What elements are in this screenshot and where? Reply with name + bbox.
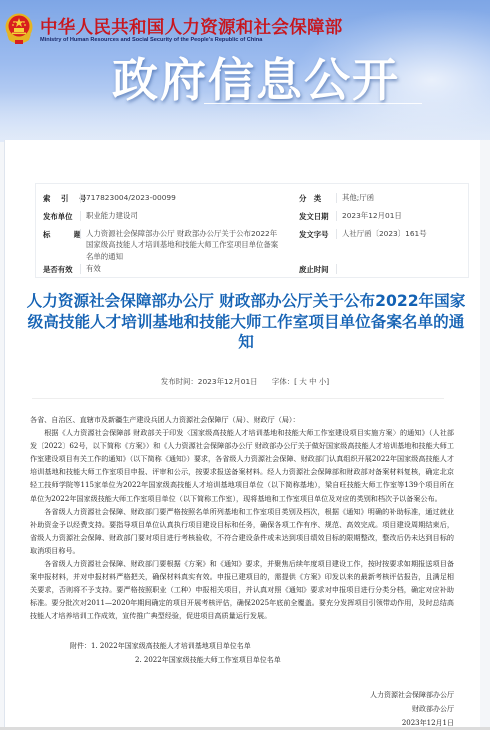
salutation: 各省、自治区、直辖市及新疆生产建设兵团人力资源社会保障厅（局）、财政厅（局）： xyxy=(30,413,454,426)
bracket-close: ] xyxy=(326,377,329,386)
attachment-link[interactable]: 2. 2022年国家级技能大师工作室项目单位名单 xyxy=(135,656,281,664)
page-gutter xyxy=(480,140,490,730)
signatory-2: 财政部办公厅 xyxy=(370,702,454,716)
publish-info: 发布时间：2023年12月01日 字体：[ 大 中 小] xyxy=(0,376,490,387)
publish-label: 发布时间： xyxy=(161,377,198,386)
meta-separator xyxy=(80,193,81,203)
publisher-value: 职业能力建设司 xyxy=(86,210,138,221)
index-no-value: 717823004/2023-00099 xyxy=(86,192,176,203)
font-size-medium[interactable]: 中 xyxy=(309,377,316,386)
attachments: 附件：1. 2022年国家级高技能人才培训基地项目单位名单 2. 2022年国家… xyxy=(70,639,281,667)
issue-date-value: 2023年12月01日 xyxy=(342,210,402,221)
attachments-label: 附件： xyxy=(70,642,91,650)
meta-separator xyxy=(80,229,81,239)
article-body: 各省、自治区、直辖市及新疆生产建设兵团人力资源社会保障厅（局）、财政厅（局）： … xyxy=(30,413,454,623)
signature-block: 人力资源社会保障部办公厅 财政部办公厅 2023年12月1日 xyxy=(370,688,454,730)
index-no-label: 索 引 号 xyxy=(43,193,90,204)
doc-no-value: 人社厅函〔2023〕161号 xyxy=(342,228,427,239)
meta-separator xyxy=(336,211,337,221)
ministry-name-cn: 中华人民共和国人力资源和社会保障部 xyxy=(40,14,343,39)
bracket-open: [ xyxy=(294,377,297,386)
ministry-name-en: Ministry of Human Resources and Social S… xyxy=(40,37,262,43)
meta-separator xyxy=(80,211,81,221)
font-size-label: 字体： xyxy=(272,377,294,386)
font-size-large[interactable]: 大 xyxy=(299,377,306,386)
signatory-1: 人力资源社会保障部办公厅 xyxy=(370,688,454,702)
expiry-label: 废止时间 xyxy=(299,264,329,275)
issue-date-label: 发文日期 xyxy=(299,211,329,222)
font-size-selector: 字体：[ 大 中 小] xyxy=(272,377,329,386)
meta-separator xyxy=(336,193,337,203)
valid-label: 是否有效 xyxy=(43,264,73,275)
body-paragraph: 各省级人力资源社会保障、财政部门要严格按照名单所列基地和工作室项目类别及档次，根… xyxy=(30,505,454,557)
category-label: 分 类 xyxy=(299,193,321,204)
article-title: 人力资源社会保障部办公厅 财政部办公厅关于公布2022年国家级高技能人才培训基地… xyxy=(26,291,466,353)
body-paragraph: 各省级人力资源社会保障、财政部门要根据《方案》和《通知》要求，并聚焦后续年度项目… xyxy=(30,557,454,622)
title-label: 标 题 xyxy=(43,229,89,240)
meta-separator xyxy=(336,229,337,239)
national-emblem-icon xyxy=(4,12,34,46)
body-paragraph: 根据《人力资源社会保障部 财政部关于印发〈国家级高技能人才培训基地和技能大师工作… xyxy=(30,426,454,505)
category-value: 其他;厅函 xyxy=(342,192,374,203)
attachment-link[interactable]: 1. 2022年国家级高技能人才培训基地项目单位名单 xyxy=(91,642,251,650)
meta-separator xyxy=(336,264,337,274)
metadata-table: 索 引 号 717823004/2023-00099 分 类 其他;厅函 发布单… xyxy=(35,183,469,278)
doc-no-label: 发文字号 xyxy=(299,229,329,240)
header-banner: 中华人民共和国人力资源和社会保障部 Ministry of Human Reso… xyxy=(0,0,490,142)
banner-divider xyxy=(204,103,422,104)
publisher-label: 发布单位 xyxy=(43,211,73,222)
title-value: 人力资源社会保障部办公厅 财政部办公厅关于公布2022年国家级高技能人才培训基地… xyxy=(86,228,283,262)
publish-date: 2023年12月01日 xyxy=(198,377,258,386)
divider xyxy=(32,398,444,399)
valid-value: 有效 xyxy=(86,263,101,274)
meta-separator xyxy=(80,264,81,274)
banner-title: 政府信息公开 xyxy=(112,44,400,110)
